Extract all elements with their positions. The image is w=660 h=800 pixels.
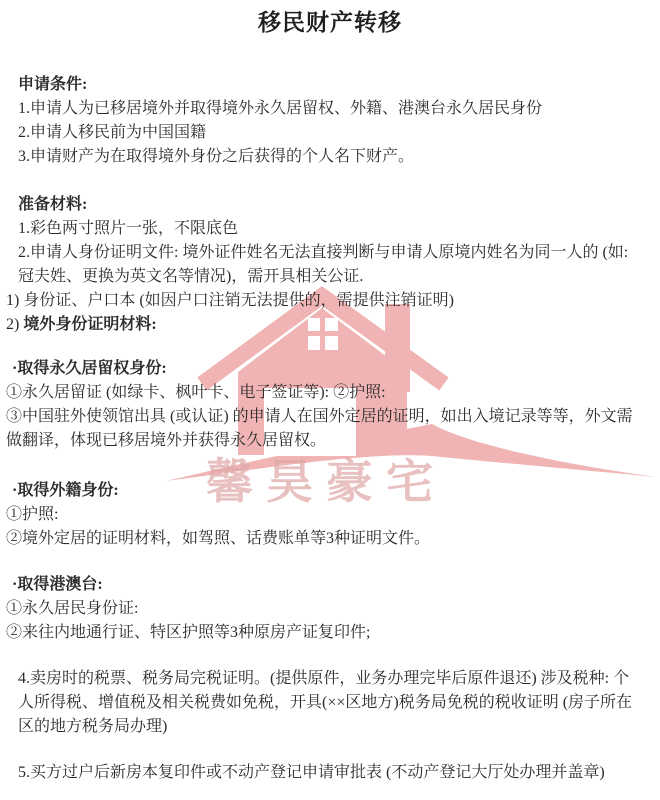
document-page: 馨昊豪宅 移民财产转移 申请条件: 1.申请人为已移居境外并取得境外永久居留权、… <box>0 0 660 800</box>
permanent-residency-line-1: ①永久居留证 (如绿卡、枫叶卡、电子签证等): ②护照: <box>6 381 642 405</box>
foreign-nationality-line-2: ②境外定居的证明材料，如驾照、话费账单等3种证明文件。 <box>6 527 642 551</box>
subsection-permanent-residency: ·取得永久居留权身份: <box>12 357 642 381</box>
hk-macau-taiwan-line-2: ②来往内地通行证、特区护照等3种原房产证复印件; <box>6 621 642 645</box>
condition-line-2: 2.申请人移民前为中国国籍 <box>18 121 642 145</box>
condition-line-3: 3.申请财产为在取得境外身份之后获得的个人名下财产。 <box>18 145 642 169</box>
permanent-residency-line-2: ③中国驻外使领馆出具 (或认证) 的申请人在国外定居的证明，如出入境记录等等，外… <box>6 405 642 429</box>
subsection-hk-macau-taiwan: ·取得港澳台: <box>12 573 642 597</box>
permanent-residency-line-2-cont: 做翻译，体现已移居境外并获得永久居留权。 <box>6 429 642 453</box>
material-sub-line-2: 2) 境外身份证明材料: <box>6 313 642 337</box>
condition-line-1: 1.申请人为已移居境外并取得境外永久居留权、外籍、港澳台永久居民身份 <box>18 97 642 121</box>
material-line-4: 4.卖房时的税票、税务局完税证明。(提供原件，业务办理完毕后原件退还) 涉及税种… <box>18 667 642 691</box>
hk-macau-taiwan-line-1: ①永久居民身份证: <box>6 597 642 621</box>
material-sub-line-2-label: 境外身份证明材料: <box>23 316 156 333</box>
material-sub-line-2-prefix: 2) <box>6 316 23 333</box>
material-line-2: 2.申请人身份证明文件: 境外证件姓名无法直接判断与申请人原境内姓名为同一人的 … <box>18 241 642 265</box>
material-line-5: 5.买方过户后新房本复印件或不动产登记申请审批表 (不动产登记大厅处办理并盖章) <box>18 761 642 785</box>
section-header-prepare-materials: 准备材料: <box>18 193 642 217</box>
material-line-4-cont2: 区的地方税务局办理) <box>18 715 642 739</box>
foreign-nationality-line-1: ①护照: <box>6 503 642 527</box>
material-line-1: 1.彩色两寸照片一张，不限底色 <box>18 217 642 241</box>
material-sub-line-1: 1) 身份证、户口本 (如因户口注销无法提供的，需提供注销证明) <box>6 289 642 313</box>
section-header-application-conditions: 申请条件: <box>18 73 642 97</box>
material-line-2-cont: 冠夫姓、更换为英文名等情况)，需开具相关公证. <box>18 265 642 289</box>
material-line-4-cont1: 人所得税、增值税及相关税费如免税，开具(××区地方)税务局免税的税收证明 (房子… <box>18 691 642 715</box>
document-body: 移民财产转移 申请条件: 1.申请人为已移居境外并取得境外永久居留权、外籍、港澳… <box>0 0 660 800</box>
subsection-foreign-nationality: ·取得外籍身份: <box>12 479 642 503</box>
page-title: 移民财产转移 <box>18 8 642 38</box>
